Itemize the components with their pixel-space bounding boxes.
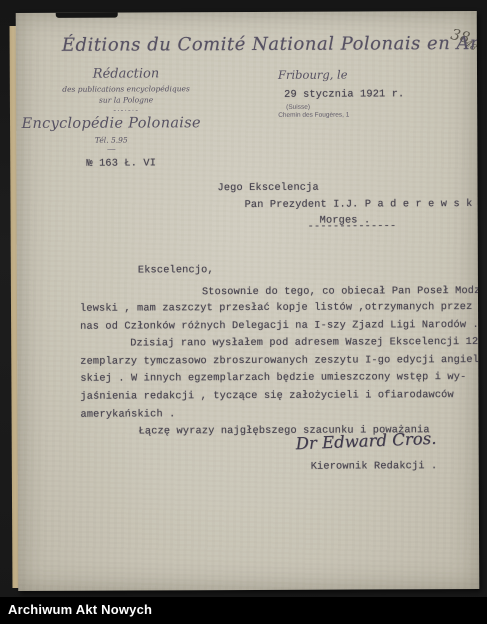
dateline-country: (Suisse): [286, 103, 468, 111]
dateline-date: 29 stycznia 1921 r.: [284, 88, 404, 101]
signer-role: Kierownik Redakcji .: [311, 460, 438, 473]
reference-number: № 163 Ł. VI: [86, 157, 156, 169]
recipient-underline: --------------: [308, 220, 397, 232]
body-line: jaśnienia redakcji , tyczące się założyc…: [80, 389, 453, 403]
archive-name-label: Archiwum Akt Nowych: [8, 602, 152, 617]
letter-sheet: 38 48 Éditions du Comité National Polona…: [16, 11, 480, 591]
body-line: zemplarzy tymczasowo zbroszurowanych zes…: [80, 354, 479, 368]
torn-edge-notch: [56, 11, 118, 18]
letterhead-dateline-block: Fribourg, le29 stycznia 1921 r. (Suisse)…: [278, 65, 468, 119]
salutation: Ekscelencjo,: [138, 264, 214, 276]
letterhead-redaction-block: Rédaction des publications encyclopédiqu…: [42, 66, 210, 115]
redaction-subline-1: des publications encyclopédiques: [42, 84, 210, 94]
redaction-subline-2: sur la Pologne: [42, 95, 210, 105]
letterhead-title: Éditions du Comité National Polonais en …: [62, 33, 454, 56]
body-line: Stosownie do tego, co obiecał Pan Poseł …: [202, 285, 479, 298]
letterhead-encyclopedie-block: Encyclopédie Polonaise Tél. 5.95 —: [20, 115, 202, 154]
encyclopedie-dash: —: [20, 144, 202, 154]
body-line: nas od Członków różnych Delegacji na I-s…: [80, 319, 479, 333]
archive-photo: 38 48 Éditions du Comité National Polona…: [0, 0, 487, 624]
archive-caption-bar: Archiwum Akt Nowych: [0, 597, 487, 624]
dateline-street: Chemin des Fougères, 1: [278, 111, 468, 119]
encyclopedie-name: Encyclopédie Polonaise: [20, 115, 202, 132]
body-line: Dzisiaj rano wysłałem pod adresem Waszej…: [130, 336, 479, 350]
redaction-line: Rédaction: [42, 66, 210, 82]
body-line: amerykańskich .: [80, 408, 175, 420]
dateline-place: Fribourg, le: [278, 68, 348, 82]
recipient-line-2: Pan Prezydent I.J. P a d e r e w s k i: [245, 198, 480, 211]
handwritten-signature: Dr Edward Cros.: [295, 429, 436, 454]
recipient-line-1: Jego Ekscelencja: [217, 182, 318, 194]
body-line: skiej . W innych egzemplarzach będzie um…: [80, 371, 466, 385]
body-line: lewski , mam zaszczyt przesłać kopje lis…: [80, 301, 472, 315]
redaction-divider: -·-·-·-: [42, 105, 210, 115]
